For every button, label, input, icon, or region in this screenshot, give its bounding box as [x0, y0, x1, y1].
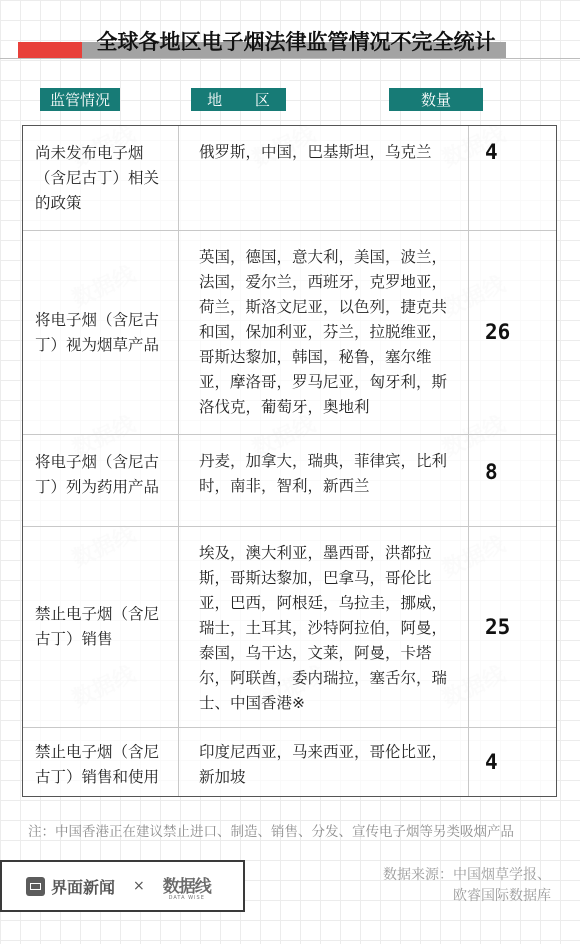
region-cell: 俄罗斯，中国，巴基斯坦，乌克兰 [179, 126, 469, 230]
table-row: 尚未发布电子烟（含尼古丁）相关的政策 俄罗斯，中国，巴基斯坦，乌克兰 4 [23, 126, 556, 231]
page-title: 全球各地区电子烟法律监管情况不完全统计 [66, 26, 526, 56]
region-cell: 埃及，澳大利亚，墨西哥，洪都拉斯，哥斯达黎加，巴拿马，哥伦比亚，巴西，阿根廷，乌… [179, 527, 469, 727]
regulation-table: 尚未发布电子烟（含尼古丁）相关的政策 俄罗斯，中国，巴基斯坦，乌克兰 4 将电子… [22, 125, 557, 797]
datawise-logo-en: DATA WISE [169, 895, 205, 901]
brand-logos: 界面新闻 × 数据线 DATA WISE [0, 860, 245, 912]
column-header-status: 监管情况 [40, 88, 120, 111]
table-row: 禁止电子烟（含尼古丁）销售和使用 印度尼西亚，马来西亚，哥伦比亚，新加坡 4 [23, 728, 556, 796]
column-header-count: 数量 [389, 88, 483, 111]
table-row: 禁止电子烟（含尼古丁）销售 埃及，澳大利亚，墨西哥，洪都拉斯，哥斯达黎加，巴拿马… [23, 527, 556, 728]
jiemian-brand-name: 界面新闻 [51, 875, 115, 898]
count-cell: 4 [469, 728, 556, 796]
collab-times-symbol: × [133, 878, 145, 894]
title-divider [0, 58, 580, 59]
footnote: 注：中国香港正在建议禁止进口、制造、销售、分发、宣传电子烟等另类吸烟产品 [28, 820, 514, 840]
count-cell: 4 [469, 126, 556, 230]
jiemian-logo-icon [26, 877, 45, 896]
datawise-logo: 数据线 DATA WISE [163, 872, 211, 901]
status-cell: 将电子烟（含尼古丁）列为药用产品 [23, 435, 179, 526]
status-cell: 禁止电子烟（含尼古丁）销售和使用 [23, 728, 179, 796]
count-cell: 25 [469, 527, 556, 727]
datawise-logo-cn: 数据线 [163, 872, 211, 897]
region-cell: 英国，德国，意大利，美国，波兰，法国，爱尔兰，西班牙，克罗地亚，荷兰，斯洛文尼亚… [179, 231, 469, 434]
table-row: 将电子烟（含尼古丁）视为烟草产品 英国，德国，意大利，美国，波兰，法国，爱尔兰，… [23, 231, 556, 435]
region-cell: 丹麦，加拿大，瑞典，菲律宾，比利时，南非，智利，新西兰 [179, 435, 469, 526]
table-row: 将电子烟（含尼古丁）列为药用产品 丹麦，加拿大，瑞典，菲律宾，比利时，南非，智利… [23, 435, 556, 527]
count-cell: 8 [469, 435, 556, 526]
status-cell: 禁止电子烟（含尼古丁）销售 [23, 527, 179, 727]
data-source-line2: 欧睿国际数据库 [453, 885, 551, 905]
column-header-region: 地 区 [191, 88, 286, 111]
region-cell: 印度尼西亚，马来西亚，哥伦比亚，新加坡 [179, 728, 469, 796]
status-cell: 将电子烟（含尼古丁）视为烟草产品 [23, 231, 179, 434]
count-cell: 26 [469, 231, 556, 434]
data-source: 数据来源：中国烟草学报、 [383, 864, 551, 884]
status-cell: 尚未发布电子烟（含尼古丁）相关的政策 [23, 126, 179, 230]
